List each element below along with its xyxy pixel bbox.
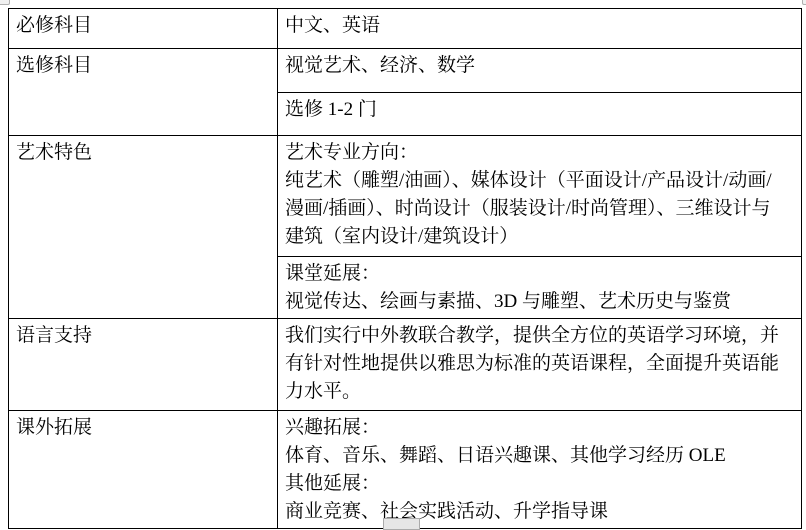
art-features-label: 艺术特色 bbox=[9, 136, 278, 319]
table-row-art-features: 艺术特色 艺术专业方向： 纯艺术（雕塑/油画）、媒体设计（平面设计/产品设计/动… bbox=[9, 136, 802, 257]
elective-count-value: 选修 1-2 门 bbox=[278, 93, 802, 136]
language-support-label: 语言支持 bbox=[9, 319, 278, 411]
art-majors-value: 艺术专业方向： 纯艺术（雕塑/油画）、媒体设计（平面设计/产品设计/动画/ 漫画… bbox=[278, 136, 802, 257]
table-row-extracurricular: 课外拓展 兴趣拓展： 体育、音乐、舞蹈、日语兴趣课、其他学习经历 OLE 其他延… bbox=[9, 411, 802, 524]
extracurricular-value: 兴趣拓展： 体育、音乐、舞蹈、日语兴趣课、其他学习经历 OLE 其他延展： 商业… bbox=[278, 411, 802, 524]
required-subjects-value: 中文、英语 bbox=[278, 9, 802, 49]
table-row-language-support: 语言支持 我们实行中外教联合教学，提供全方位的英语学习环境，并 有针对性地提供以… bbox=[9, 319, 802, 411]
table-row-required-subjects: 必修科目 中文、英语 bbox=[9, 9, 802, 49]
table-handle-artifact-top-right bbox=[802, 0, 806, 5]
extracurricular-label: 课外拓展 bbox=[9, 411, 278, 524]
elective-subjects-value: 视觉艺术、经济、数学 bbox=[278, 49, 802, 93]
elective-subjects-label: 选修科目 bbox=[9, 49, 278, 136]
cropped-cell-artifact-bottom bbox=[383, 518, 420, 523]
table-handle-artifact-top-left bbox=[0, 0, 10, 5]
language-support-value: 我们实行中外教联合教学，提供全方位的英语学习环境，并 有针对性地提供以雅思为标准… bbox=[278, 319, 802, 411]
table-row-elective-subjects: 选修科目 视觉艺术、经济、数学 bbox=[9, 49, 802, 93]
required-subjects-label: 必修科目 bbox=[9, 9, 278, 49]
curriculum-table: 必修科目 中文、英语 选修科目 视觉艺术、经济、数学 选修 1-2 门 艺术特色… bbox=[8, 8, 802, 523]
class-extension-value: 课堂延展： 视觉传达、绘画与素描、3D 与雕塑、艺术历史与鉴赏 bbox=[278, 257, 802, 319]
